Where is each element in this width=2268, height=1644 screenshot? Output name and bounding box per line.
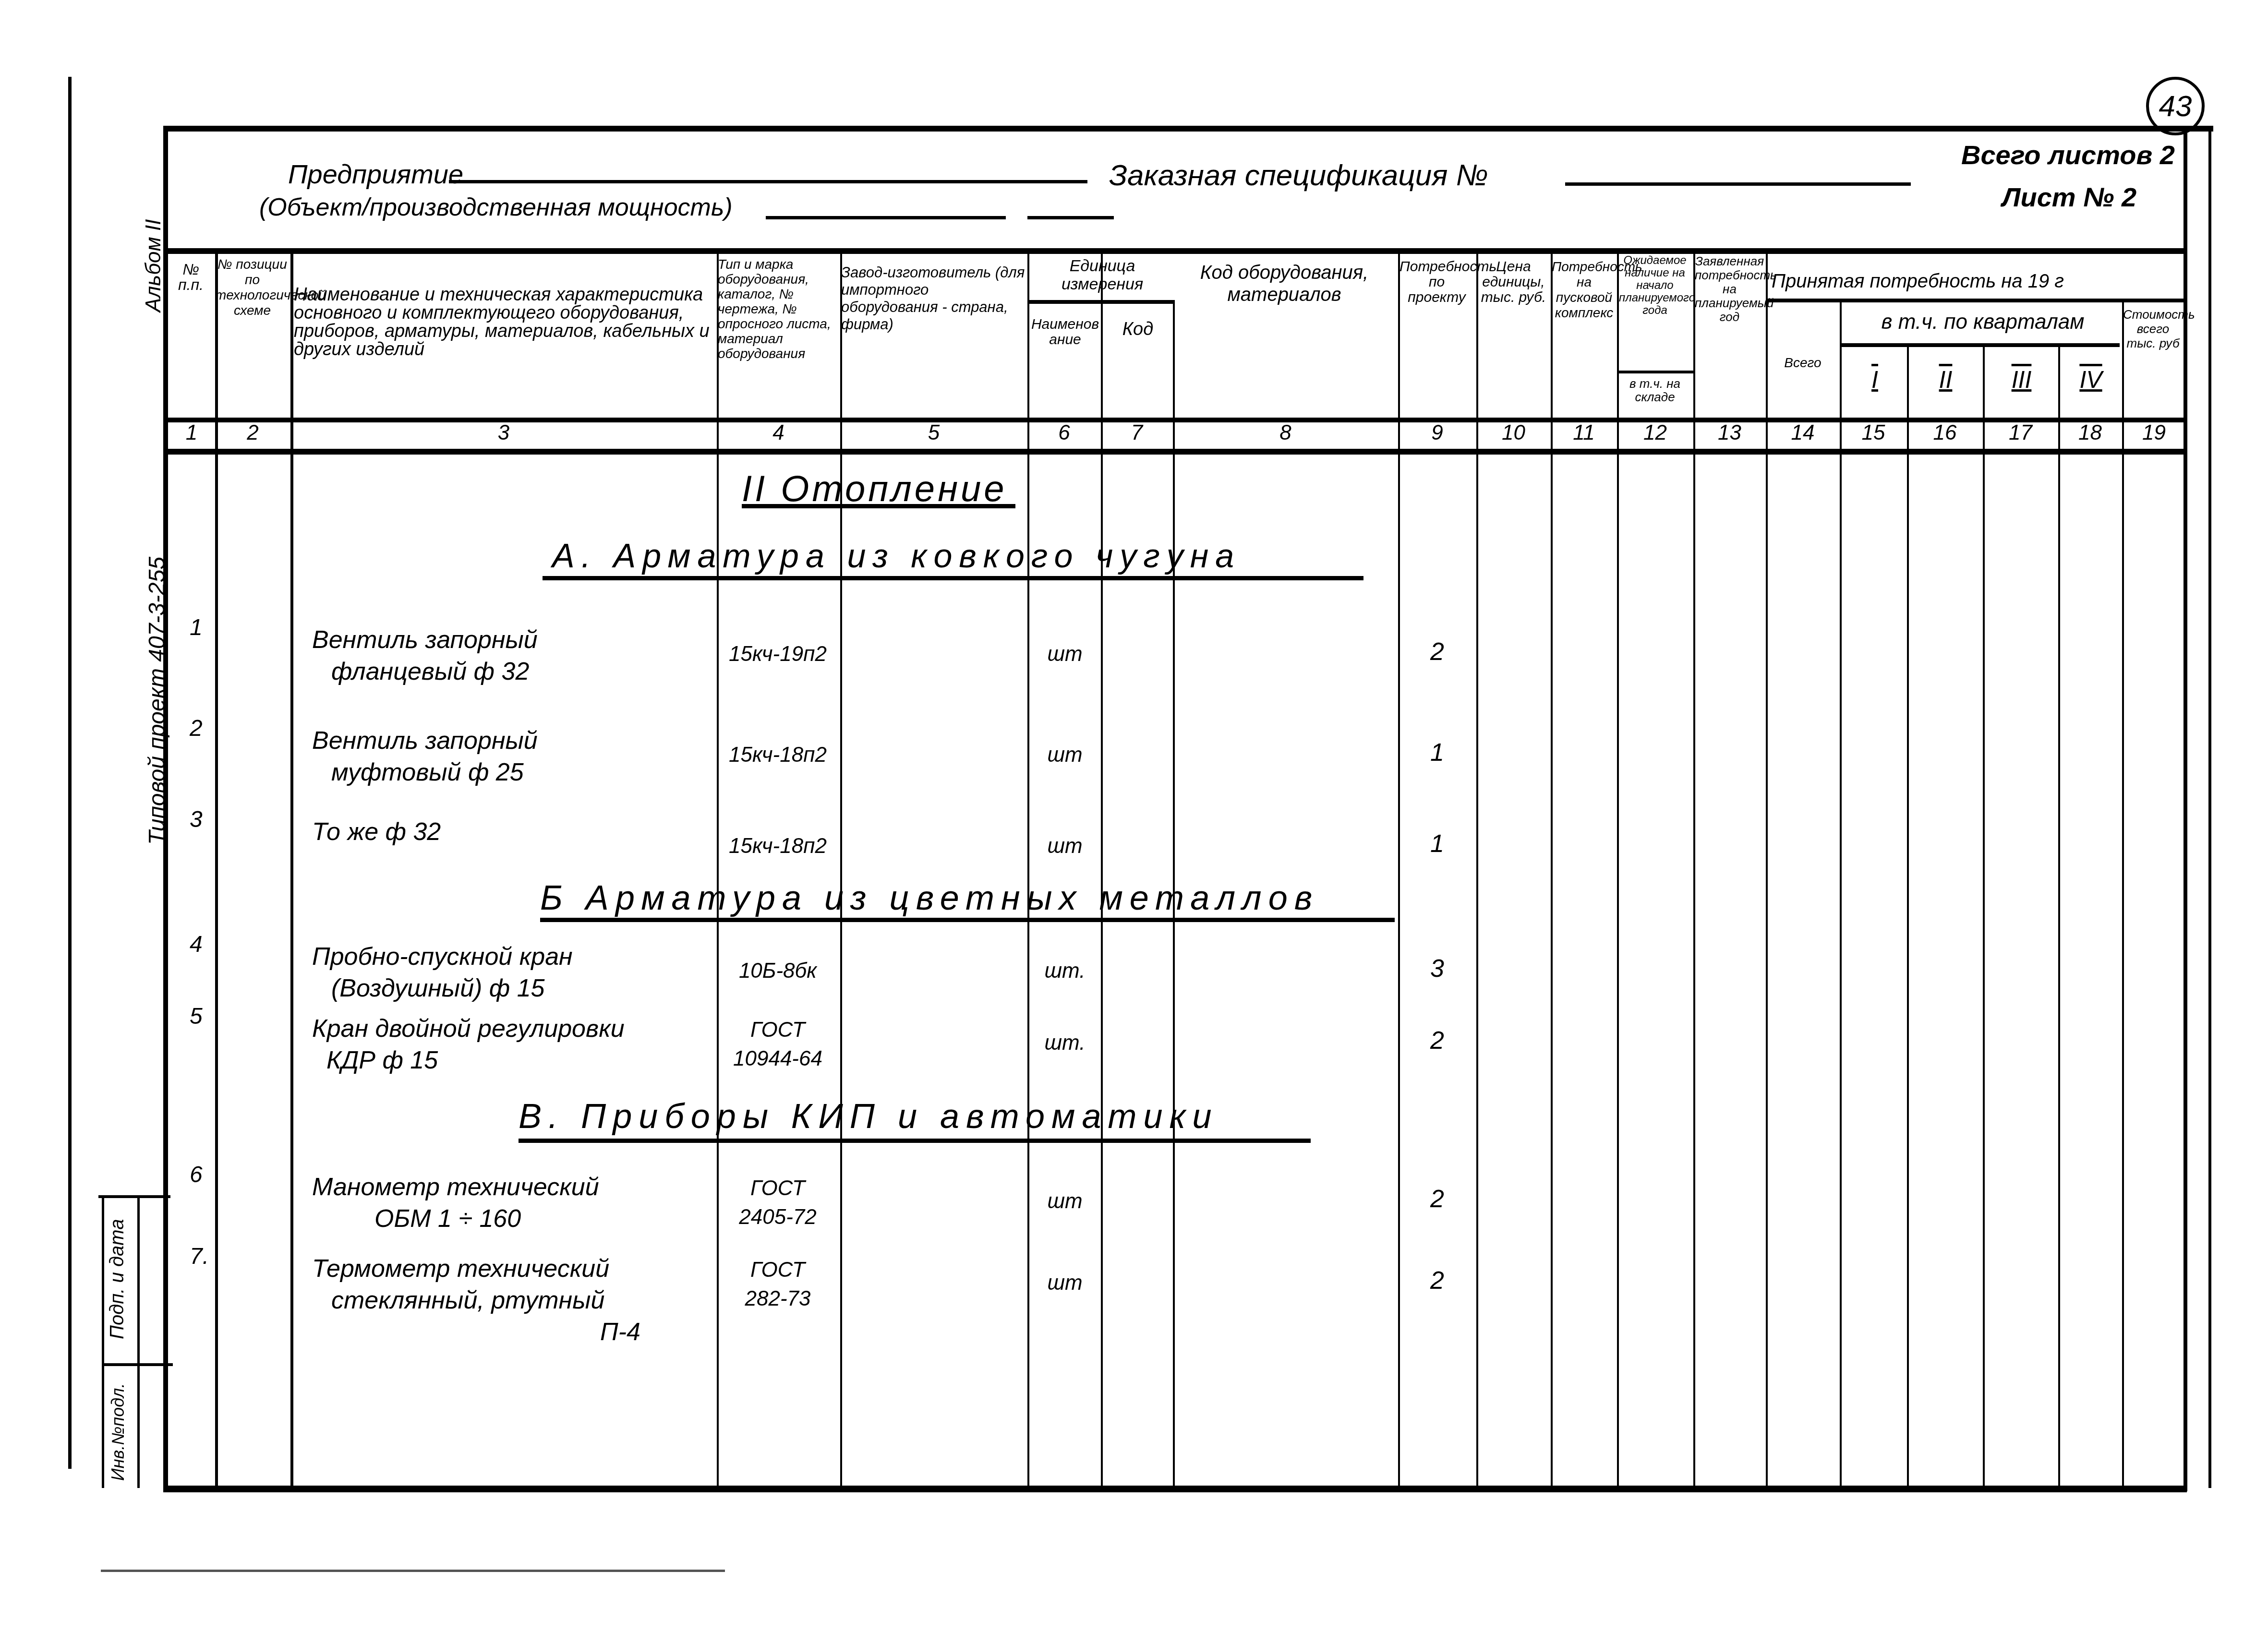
object-field-1[interactable] <box>766 216 1006 219</box>
item-unit: шт. <box>1029 1030 1101 1056</box>
section-b: Б Арматура из цветных металлов <box>540 878 1319 918</box>
row-number: 1 <box>190 614 203 641</box>
section-c-underline <box>519 1139 1311 1143</box>
item-unit: шт <box>1029 833 1101 860</box>
outer-right-line <box>2208 130 2211 1488</box>
col-header-4: Тип и марка оборудования, каталог, № чер… <box>718 257 838 361</box>
unit-group-divider <box>1029 300 1173 304</box>
stamp-inv-label: Инв.№подл. <box>108 1383 128 1481</box>
item-qty: 1 <box>1398 830 1476 857</box>
item-name-line1: Термометр технический <box>312 1253 609 1284</box>
col-header-16: II <box>1908 372 1983 387</box>
row-number: 5 <box>190 1003 203 1030</box>
col-header-13: Заявленная потребность на планируемый го… <box>1695 254 1764 324</box>
column-number: 17 <box>1983 419 2058 447</box>
col-header-11: Потребность на пусковой комплекс <box>1552 259 1617 321</box>
item-qty: 2 <box>1398 1186 1476 1212</box>
col-header-3: Наименование и техническая характеристик… <box>294 286 712 359</box>
side-album-label: Альбом II <box>142 219 166 312</box>
accepted-group-divider <box>1767 299 2187 302</box>
col-header-6: Наименование <box>1030 317 1100 348</box>
object-label: (Объект/производственная мощность) <box>259 193 733 222</box>
item-unit: шт <box>1029 1188 1101 1215</box>
section-heating-underline <box>742 504 1015 508</box>
column-number: 6 <box>1027 419 1101 447</box>
spec-number-field[interactable] <box>1565 182 1911 186</box>
item-qty: 2 <box>1398 1267 1476 1294</box>
col-header-9: Потребность по проекту <box>1399 259 1474 305</box>
item-type-line1: 10Б-8бк <box>718 958 838 984</box>
column-number: 9 <box>1398 419 1476 447</box>
item-name-line2: КДР ф 15 <box>326 1044 438 1076</box>
col-header-19: Стоимость всего тыс. руб <box>2123 307 2183 350</box>
item-name-line1: Вентиль запорный <box>312 725 538 756</box>
sheet-label: Лист № 2 <box>2002 181 2136 213</box>
item-type-line2: 282-73 <box>718 1285 838 1312</box>
quarter-group-divider <box>1841 343 2120 347</box>
item-name-line2: муфтовый ф 25 <box>331 756 524 788</box>
row-number: 6 <box>190 1162 203 1188</box>
unit-group-header: Единица измерения <box>1030 257 1174 293</box>
stamp-sign-label: Подп. и дата <box>107 1219 128 1339</box>
col-header-12-top: Ожидаемое наличие на начало планируемого… <box>1619 254 1691 317</box>
form-bottom-border <box>163 1486 2187 1492</box>
item-type-line1: ГОСТ <box>718 1257 838 1284</box>
item-name-line3: П-4 <box>600 1316 640 1348</box>
row-number: 7. <box>190 1243 209 1270</box>
accepted-group-header: Принятая потребность на 19 г <box>1772 274 2184 289</box>
column-number: 11 <box>1551 419 1617 447</box>
stamp-top <box>98 1195 170 1198</box>
item-unit: шт <box>1029 1270 1101 1296</box>
form-top-border <box>163 126 2213 132</box>
stamp-left <box>102 1195 104 1488</box>
col-header-5: Завод-изготовитель (для импортного обору… <box>841 264 1026 333</box>
col-header-1: № п.п. <box>168 262 214 292</box>
section-b-underline <box>540 918 1395 922</box>
column-divider <box>2122 299 2124 1488</box>
form-right-border <box>2184 126 2187 1491</box>
item-name-line2: (Воздушный) ф 15 <box>331 972 545 1004</box>
item-type-line2: 2405-72 <box>718 1204 838 1231</box>
column-number: 13 <box>1693 419 1766 447</box>
left-margin-line <box>68 77 72 1469</box>
item-name-line1: Кран двойной регулировки <box>312 1013 625 1044</box>
enterprise-field[interactable] <box>449 180 1087 183</box>
item-name-line2: фланцевый ф 32 <box>331 656 529 687</box>
item-type-line2: 10944-64 <box>718 1045 838 1072</box>
quarter-group-header: в т.ч. по кварталам <box>1844 314 2122 330</box>
column-divider <box>1983 343 1985 1488</box>
item-name-line1: Вентиль запорный <box>312 624 538 656</box>
item-type-line1: ГОСТ <box>718 1175 838 1202</box>
page-number-badge: 43 <box>2146 77 2205 135</box>
column-number: 14 <box>1766 419 1840 447</box>
item-unit: шт <box>1029 742 1101 768</box>
col-header-14: Всего <box>1767 355 1839 371</box>
stamp-divider <box>137 1195 140 1488</box>
row-number: 3 <box>190 806 203 833</box>
item-name-line2: стеклянный, ртутный <box>331 1284 604 1316</box>
item-unit: шт <box>1029 641 1101 668</box>
item-type-line1: 15кч-18п2 <box>718 742 838 768</box>
item-type-line1: 15кч-19п2 <box>718 641 838 668</box>
side-project-label: Типовой проект 407-3-255 <box>144 557 170 845</box>
section-heating: II Отопление <box>742 468 1007 510</box>
column-number: 10 <box>1476 419 1551 447</box>
col-header-15: I <box>1841 372 1908 387</box>
item-name-line2: ОБМ 1 ÷ 160 <box>374 1203 521 1235</box>
column-number: 8 <box>1173 419 1398 447</box>
column-number: 19 <box>2122 419 2186 447</box>
col-header-12-bottom: в т.ч. на складе <box>1619 377 1691 404</box>
section-a: А. Арматура из ковкого чугуна <box>552 537 1241 575</box>
enterprise-label: Предприятие <box>288 158 463 190</box>
col-header-8: Код оборудования, материалов <box>1174 262 1395 306</box>
c12-divider <box>1618 371 1695 373</box>
col-header-7: Код <box>1104 322 1171 337</box>
item-name-line1: Пробно-спускной кран <box>312 941 573 972</box>
scan-artifact-line <box>101 1570 725 1572</box>
column-number: 1 <box>168 419 215 447</box>
item-unit: шт. <box>1029 958 1101 984</box>
header-numbers-bottom <box>163 449 2187 455</box>
column-number: 12 <box>1617 419 1693 447</box>
spec-title: Заказная спецификация № <box>1109 158 1488 192</box>
section-c: В. Приборы КИП и автоматики <box>519 1097 1218 1136</box>
row-number: 4 <box>190 931 203 958</box>
object-field-2[interactable] <box>1027 216 1114 219</box>
total-sheets-label: Всего листов 2 <box>1961 139 2175 170</box>
item-type-line1: 15кч-18п2 <box>718 833 838 860</box>
column-number: 15 <box>1840 419 1907 447</box>
column-number: 16 <box>1907 419 1983 447</box>
col-header-2: № позиции по технологической схеме <box>215 257 290 318</box>
column-number: 2 <box>215 419 290 447</box>
header-table-top <box>163 248 2187 254</box>
column-number: 3 <box>290 419 717 447</box>
item-qty: 3 <box>1398 955 1476 982</box>
col-header-17: III <box>1984 372 2059 387</box>
column-divider <box>2058 343 2060 1488</box>
column-divider <box>1907 343 1909 1488</box>
item-type-line1: ГОСТ <box>718 1017 838 1044</box>
column-number: 4 <box>717 419 840 447</box>
item-qty: 2 <box>1398 638 1476 665</box>
item-qty: 2 <box>1398 1027 1476 1054</box>
col-header-18: IV <box>2060 372 2122 387</box>
column-number: 7 <box>1101 419 1173 447</box>
item-name-line1: Манометр технический <box>312 1171 599 1203</box>
item-name-line1: То же ф 32 <box>312 816 441 848</box>
column-divider <box>1840 299 1842 1488</box>
column-number: 5 <box>840 419 1027 447</box>
column-number: 18 <box>2058 419 2122 447</box>
section-a-underline <box>543 576 1363 580</box>
row-number: 2 <box>190 715 203 742</box>
item-qty: 1 <box>1398 739 1476 766</box>
col-header-10: Цена единицы, тыс. руб. <box>1479 259 1548 305</box>
